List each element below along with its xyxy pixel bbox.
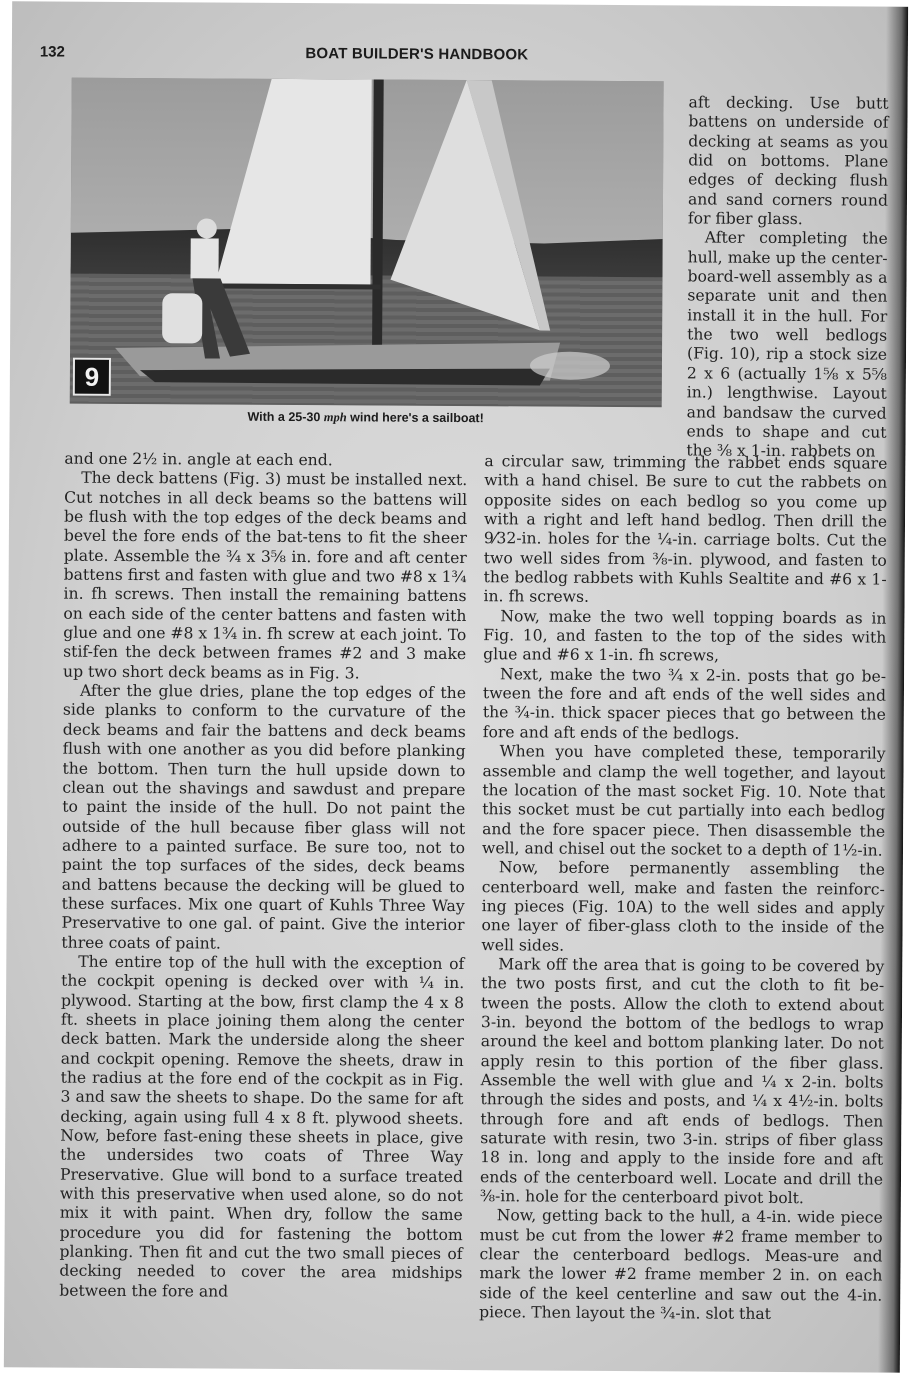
paragraph: Now, getting back to the hull, a 4-in. w… [479,1207,883,1326]
caption-italic-unit: mph [324,410,347,424]
sailboat-photo: 9 [70,78,664,408]
paragraph: When you have completed these, temporari… [482,742,886,861]
paragraph: Next, make the two ¾ x 2-in. posts that … [483,665,886,745]
figure-number-badge: 9 [73,358,111,396]
paragraph: Now, before permanently assembling the c… [481,858,885,957]
paragraph: After completing the hull, make up the c… [686,229,887,462]
caption-text: wind here's a sailboat! [347,410,484,425]
paragraph: a circular saw, trimming the rabbet ends… [483,452,887,609]
caption-text: With a 25-30 [247,410,323,424]
paragraph: Now, make the two well topping boards as… [483,607,886,667]
paragraph: and one 2½ in. angle at each end. [64,450,467,472]
column-right: a circular saw, trimming the rabbet ends… [479,452,887,1325]
book-page: 132 BOAT BUILDER'S HANDBOOK [4,1,908,1372]
column-right-top: aft decking. Use butt battens on undersi… [686,93,888,462]
sailboat-illustration-icon [70,78,664,408]
paragraph: The entire top of the hull with the exce… [59,953,464,1304]
column-left: and one 2½ in. angle at each end. The de… [59,450,467,1304]
running-title: BOAT BUILDER'S HANDBOOK [12,43,702,64]
paragraph: The deck battens (Fig. 3) must be instal… [63,469,467,684]
paragraph: aft decking. Use butt battens on undersi… [688,93,889,230]
figure-caption: With a 25-30 mph wind here's a sailboat! [70,409,662,428]
paragraph: After the glue dries, plane the top edge… [61,682,466,955]
paragraph: Mark off the area that is going to be co… [480,955,885,1209]
